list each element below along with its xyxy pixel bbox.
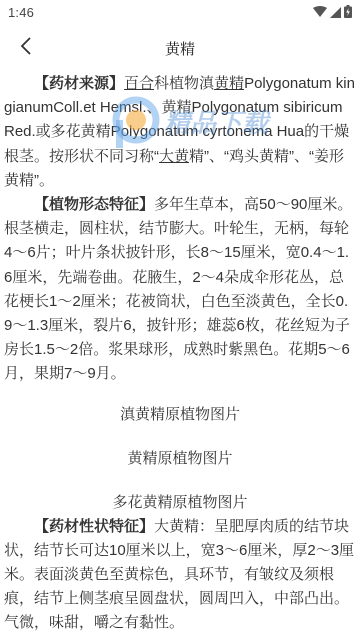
wifi-icon: [313, 3, 327, 22]
app-bar: 黄精: [0, 24, 360, 72]
battery-charging-icon: [344, 3, 352, 22]
link-dahuang[interactable]: 大黄: [159, 148, 189, 165]
image-caption-huangjing: 黄精原植物图片: [4, 447, 356, 471]
image-caption-duohua-huangjing: 多花黄精原植物图片: [4, 491, 356, 515]
source-paragraph: 【药材来源】百合科植物滇黄精Polygonatum kingianumColl.…: [4, 72, 356, 193]
status-time: 1:46: [8, 5, 34, 20]
status-icons: [313, 3, 352, 22]
morphology-header: 【植物形态特征】: [34, 196, 154, 213]
image-caption-dian-huangjing: 滇黄精原植物图片: [4, 403, 356, 427]
morphology-paragraph: 【植物形态特征】多年生草本，高50～90厘米。根茎横走，圆柱状，结节膨大。叶轮生…: [4, 193, 356, 387]
link-baihe[interactable]: 百合: [124, 75, 154, 92]
characteristics-paragraph: 【药材性状特征】大黄精：呈肥厚肉质的结节块状，结节长可达10厘米以上，宽3～6厘…: [4, 515, 356, 636]
source-text-1: 科植物滇: [154, 75, 214, 92]
status-bar: 1:46: [0, 0, 360, 24]
characteristics-header: 【药材性状特征】: [34, 518, 154, 535]
cellular-signal-icon: [330, 3, 341, 22]
article-content: 【药材来源】百合科植物滇黄精Polygonatum kingianumColl.…: [0, 72, 360, 636]
chevron-left-icon: [19, 36, 33, 60]
back-button[interactable]: [8, 30, 44, 66]
link-huangjing[interactable]: 黄精: [214, 75, 244, 92]
source-header: 【药材来源】: [34, 75, 124, 92]
page-title: 黄精: [165, 38, 195, 59]
morphology-text: 多年生草本，高50～90厘米。根茎横走，圆柱状，结节膨大。叶轮生，无柄，每轮4～…: [4, 196, 352, 382]
